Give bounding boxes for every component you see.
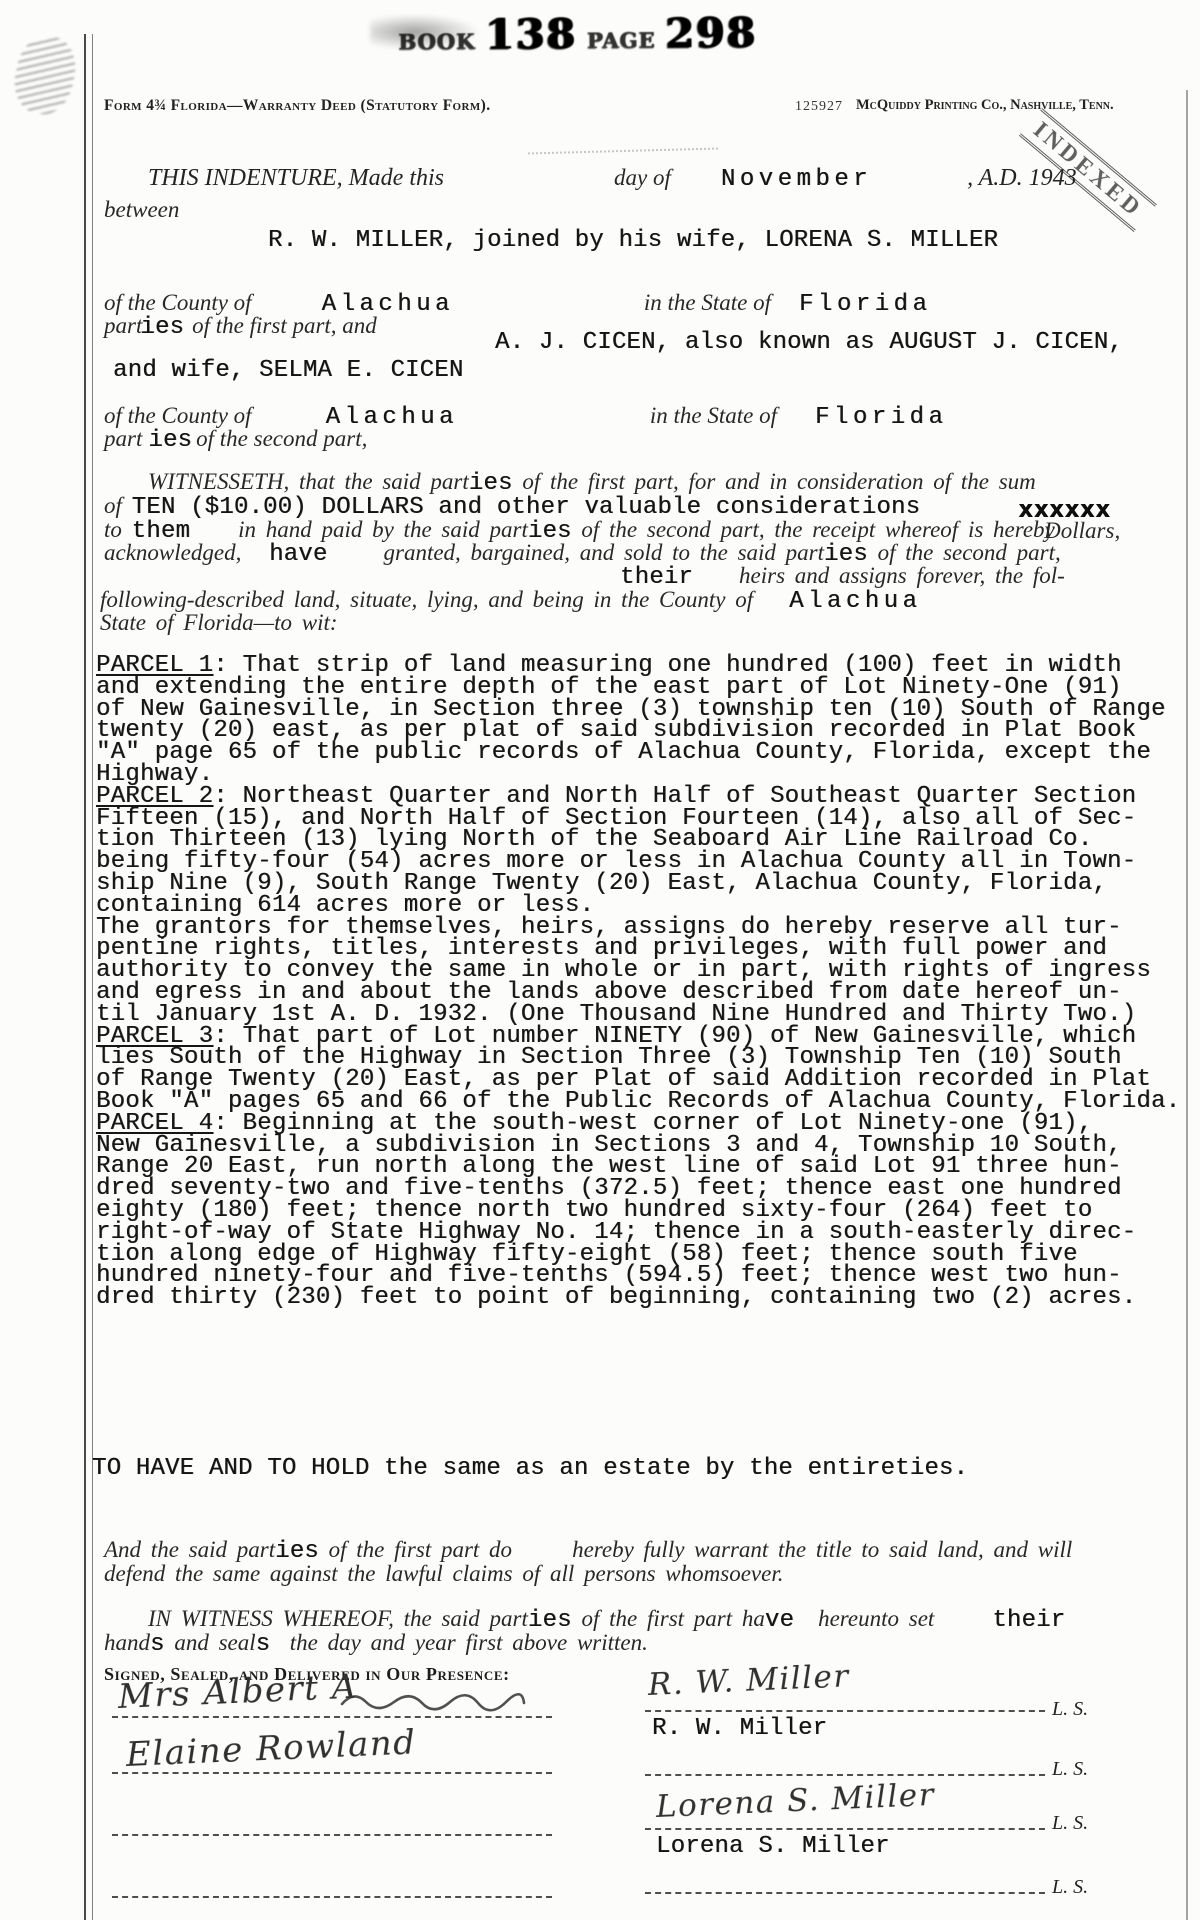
form-text: IN WITNESS WHEREOF, the said part [148,1607,528,1631]
page-label: PAGE [587,27,656,52]
form-text: of the second part, [868,541,1061,565]
page-number: 298 [665,9,757,58]
grantee-line-2: and wife, SELMA E. CICEN [113,358,463,383]
witness-line-4 [112,1896,552,1898]
form-text: heirs and assigns forever, the fol- [739,564,1065,588]
form-text: in the State of [650,404,777,428]
form-text: part [104,427,142,451]
form-text: of [104,494,132,518]
form-text: WITNESSETH, that the said part [148,470,469,494]
typed-habendum: TO HAVE AND TO HOLD the same as an estat… [92,1456,968,1481]
book-label: BOOK [398,29,475,55]
printer-name: McQuiddy Printing Co., Nashville, Tenn. [856,97,1114,114]
signer-1-signature: R. W. Miller [647,1661,850,1701]
form-text: of the County of [104,291,252,315]
signer-1-typed-name: R. W. Miller [652,1716,827,1741]
parcel-line: "A" page 65 of the public records of Ala… [96,742,1186,764]
grantors-line: R. W. MILLER, joined by his wife, LORENA… [268,228,998,253]
signer-line-2 [645,1774,1045,1776]
typed-grantee: A. J. CICEN, also known as AUGUST J. CIC… [495,330,1123,355]
typed-text: their [992,1608,1065,1633]
locus-sigilli-4: L. S. [1052,1876,1088,1899]
locus-sigilli-3: L. S. [1052,1812,1088,1835]
form-text: of the County of [104,404,252,428]
form-text: hereby fully warrant the title to said l… [572,1538,1072,1562]
typed-month: November [721,167,872,192]
typed-state: Florida [815,405,947,430]
form-text: of the first part ha [572,1607,765,1631]
left-margin-rule-inner [92,34,93,1920]
form-title: Form 4¾ Florida—Warranty Deed (Statutory… [104,97,490,115]
habendum-line: TO HAVE AND TO HOLD the same as an estat… [92,1456,968,1481]
form-text: acknowledged, [104,541,251,565]
witness-line-2 [112,1772,552,1774]
signer-2-signature: Lorena S. Miller [655,1780,935,1823]
typed-text: s [256,1632,271,1657]
signature-scrawl [338,1688,528,1714]
book-number: 138 [485,10,577,59]
form-text: State of Florida—to wit: [100,611,338,635]
typed-text: ve [765,1608,794,1633]
parcel-line: dred thirty (230) feet to point of begin… [96,1287,1186,1309]
typed-text: s [150,1632,165,1657]
form-text: to [104,518,132,542]
form-text: of the first part, for and in considerat… [513,470,1036,494]
deed-scan-page: BOOK 138 PAGE 298 Form 4¾ Florida—Warran… [0,0,1200,1920]
signer-line-4 [645,1892,1045,1894]
typed-state: Florida [799,292,931,317]
form-text: of the second part, [196,427,367,451]
typed-grantors: R. W. MILLER, joined by his wife, LORENA… [268,228,998,253]
between-line: between [104,198,179,222]
witnesseth-line-7: State of Florida—to wit: [100,611,338,635]
form-text: defend the same against the lawful claim… [104,1562,783,1586]
locus-sigilli-1: L. S. [1052,1698,1088,1721]
form-text: granted, bargained, and sold to the said… [384,541,825,565]
warranty-line-2: defend the same against the lawful claim… [104,1562,783,1586]
witness-2-signature: Elaine Rowland [125,1725,417,1772]
witness-line-3 [112,1834,552,1836]
typed-text: have [269,542,327,567]
form-text: and seal [165,1631,256,1655]
witness-line-1 [112,1716,552,1718]
form-text: the day and year first above written. [270,1631,648,1655]
signer-2-typed-name: Lorena S. Miller [656,1834,890,1859]
typed-name: Lorena S. Miller [656,1834,890,1859]
locus-sigilli-2: L. S. [1052,1758,1088,1781]
form-text: day of [614,166,671,190]
typed-ies: ies [140,315,184,340]
form-text: of the first part, and [192,314,377,338]
form-text: hereunto set [818,1607,934,1631]
left-margin-rule-outer [84,34,86,1920]
signer-line-1 [645,1710,1045,1712]
form-text: of the first part do [319,1538,512,1562]
parcel-description-block: PARCEL 1: That strip of land measuring o… [96,655,1186,1309]
typed-name: R. W. Miller [652,1716,827,1741]
typed-ies: ies [148,428,192,453]
signer-line-3 [645,1828,1045,1830]
typed-grantee: and wife, SELMA E. CICEN [113,358,463,383]
form-text: hand [104,1631,150,1655]
book-page-stamp: BOOK 138 PAGE 298 [398,9,757,60]
typed-ies: ies [469,471,513,496]
form-text: And the said part [104,1538,275,1562]
opening-line: THIS INDENTURE, Made this day of Novembe… [148,166,1077,192]
printer-number: 125927 [795,99,843,115]
form-year: , A.D. 1943 [967,166,1077,191]
form-text: between [104,198,179,222]
form-text: in hand paid by the said part [238,518,528,542]
grantee-line-1: A. J. CICEN, also known as AUGUST J. CIC… [495,330,1123,355]
in-witness-line-2: hand s and seal s the day and year first… [104,1631,648,1657]
form-text: part [104,314,142,338]
witnesseth-line-1: WITNESSETH, that the said part ies of th… [148,470,1036,496]
right-page-edge-line [1186,90,1188,1920]
typed-county: Alachua [789,589,921,614]
form-text: THIS INDENTURE, Made this [148,166,444,191]
first-part-line: part ies of the first part, and [104,314,377,340]
scan-squiggle-artifact [528,148,718,155]
form-text: following-described land, situate, lying… [100,588,753,612]
second-part-line: part ies of the second part, [104,427,367,453]
form-text: in the State of [644,291,771,315]
witness-1-signature: Mrs Albert A [117,1670,358,1714]
scan-smudge-artifact [9,31,82,119]
form-text: of the second part, the receipt whereof … [572,518,1055,542]
